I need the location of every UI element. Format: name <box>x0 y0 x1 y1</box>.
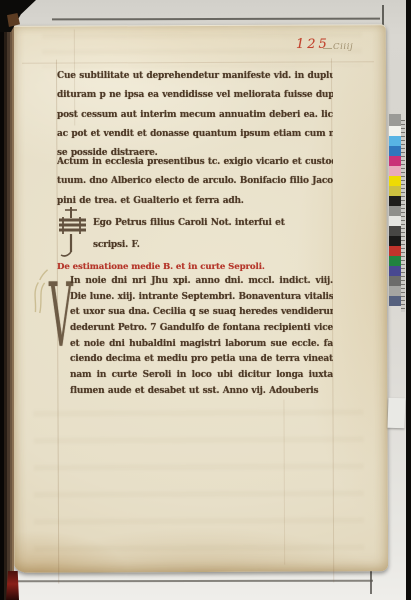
notarial-signum <box>54 205 90 259</box>
text-line: Actum in ecclesia presentibus tc. exigio… <box>57 153 333 172</box>
calibration-bar-cap <box>389 114 401 126</box>
color-patch <box>389 286 401 296</box>
text-line: scripsi. F. <box>93 234 323 256</box>
color-patch <box>389 246 401 256</box>
color-patch <box>389 126 401 136</box>
manuscript-photo: 125 Ciiij Cue subtilitate ut deprehendet… <box>0 0 411 600</box>
text-line: tuum. dno Alberico electo de arculo. Bon… <box>57 172 333 191</box>
color-patch <box>389 196 401 206</box>
color-patch <box>389 146 401 156</box>
binding-gutter <box>0 0 14 600</box>
paragraph-2: Actum in ecclesia presentibus tc. exigio… <box>57 153 333 211</box>
color-patch <box>389 136 401 146</box>
paragraph-3: In noie dni nri Jhu xpi. anno dni. mccl.… <box>70 274 333 400</box>
color-patch <box>389 276 401 286</box>
rubric-line: De estimatione medie B. et in curte Sepr… <box>57 262 257 272</box>
text-line: Die lune. xiij. intrante Septembri. Bona… <box>70 290 333 306</box>
text-line: ac pot et vendit et donasse quantum ipsu… <box>57 125 333 144</box>
text-line: pini de trea. et Gualterio et ferra adh. <box>57 192 333 211</box>
folio-number: 125 <box>296 37 330 52</box>
old-foliation-mark: Ciiij <box>333 42 353 52</box>
initial-letter-v: V <box>49 273 72 361</box>
foliation-flourish <box>323 48 332 49</box>
paragraph-1: Cue subtilitate ut deprehendetur manifes… <box>57 67 333 163</box>
photo-edge-right <box>406 0 411 600</box>
text-line: In noie dni nri Jhu xpi. anno dni. mccl.… <box>70 274 333 290</box>
text-line: et uxor sua dna. Cecilia q se suaq hered… <box>70 305 333 321</box>
color-patch <box>389 256 401 266</box>
color-patch <box>389 176 401 186</box>
text-line: Cue subtilitate ut deprehendetur manifes… <box>57 67 333 86</box>
color-patch <box>389 216 401 226</box>
text-line: nam in curte Seroli in loco ubi dicitur … <box>70 368 333 384</box>
text-line: ciendo decima et mediu pro petia una de … <box>70 352 333 368</box>
text-line: post cessum aut interim mecum annuatim d… <box>57 106 333 125</box>
color-patch <box>389 266 401 276</box>
bookmark-ribbon <box>6 571 19 600</box>
ink-bleedthrough-lower <box>33 409 364 575</box>
color-patch <box>389 206 401 216</box>
color-patch <box>389 166 401 176</box>
text-line: dituram p ne ipsa ea vendidisse vel meli… <box>57 86 333 105</box>
text-line: Ego Petrus filius Caroli Not. interfui e… <box>93 212 323 234</box>
text-line: et noie dni hubaldini magistri laborum s… <box>70 337 333 353</box>
color-patch <box>389 186 401 196</box>
calibration-ruler <box>401 120 405 312</box>
color-calibration-bar <box>389 126 401 306</box>
mat-label-tab <box>387 398 405 429</box>
text-line: flumen aude et desabet ut sst. Anno vij.… <box>70 384 333 400</box>
color-patch <box>389 156 401 166</box>
notarial-subscription: Ego Petrus filius Caroli Not. interfui e… <box>93 212 323 256</box>
text-line: dederunt Petro. 7 Gandulfo de fontana re… <box>70 321 333 337</box>
color-patch <box>389 236 401 246</box>
color-patch <box>389 296 401 306</box>
color-patch <box>389 226 401 236</box>
